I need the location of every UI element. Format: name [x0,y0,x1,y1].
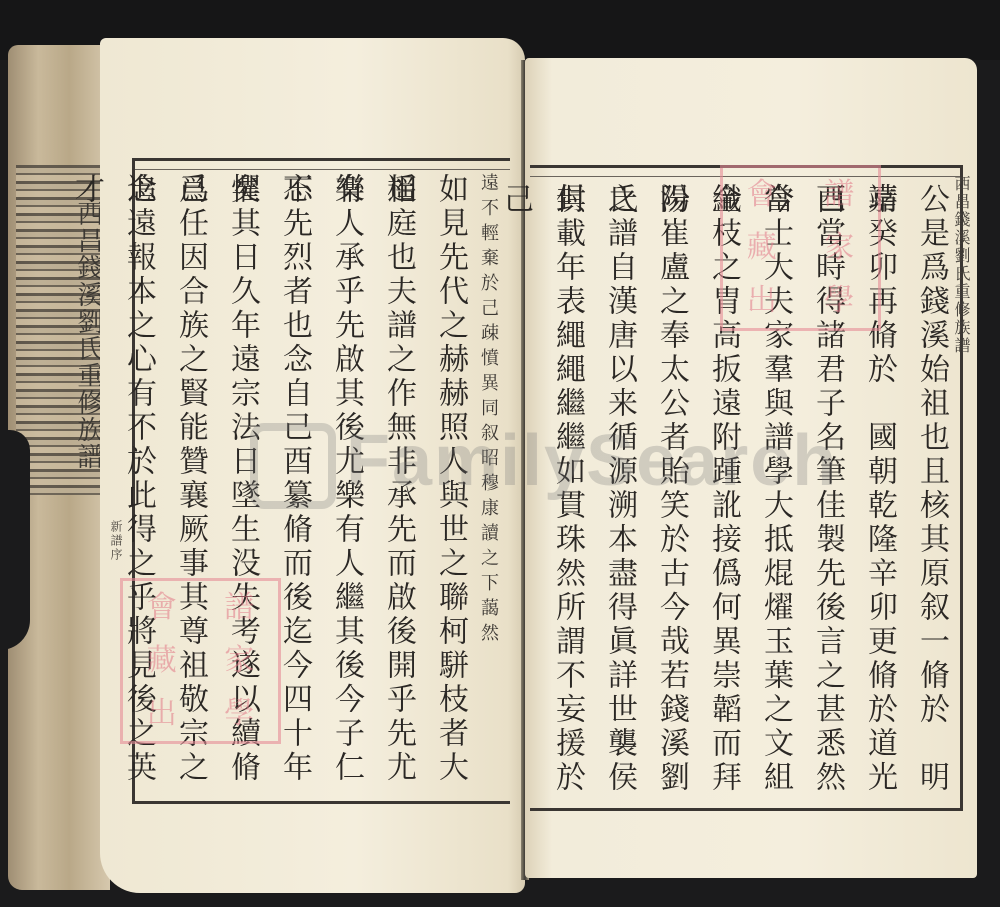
right-spine-title: 西昌錢溪劉氏重修族譜 [950,175,973,355]
red-seal-stamp: 譜 家 學 會 藏 出 [120,578,281,744]
familysearch-logo-icon [250,423,336,509]
seal-char: 出 [747,286,777,316]
seal-char: 出 [147,699,177,729]
watermark-text: FamilySearch [346,421,838,501]
seal-char: 譜 [824,180,854,210]
seal-char: 家 [824,233,854,263]
seal-char: 學 [224,699,254,729]
familysearch-watermark: FamilySearch [250,420,838,509]
torn-edge [0,430,30,650]
seal-char: 家 [224,646,254,676]
section-label: 新譜序 [108,520,125,562]
seal-char: 藏 [147,646,177,676]
seal-char: 學 [824,286,854,316]
frame-rule [135,169,510,170]
seal-char: 藏 [747,233,777,263]
seal-char: 譜 [224,593,254,623]
seal-char: 會 [747,180,777,210]
red-seal-stamp: 譜 家 學 會 藏 出 [720,165,881,331]
seal-char: 會 [147,593,177,623]
